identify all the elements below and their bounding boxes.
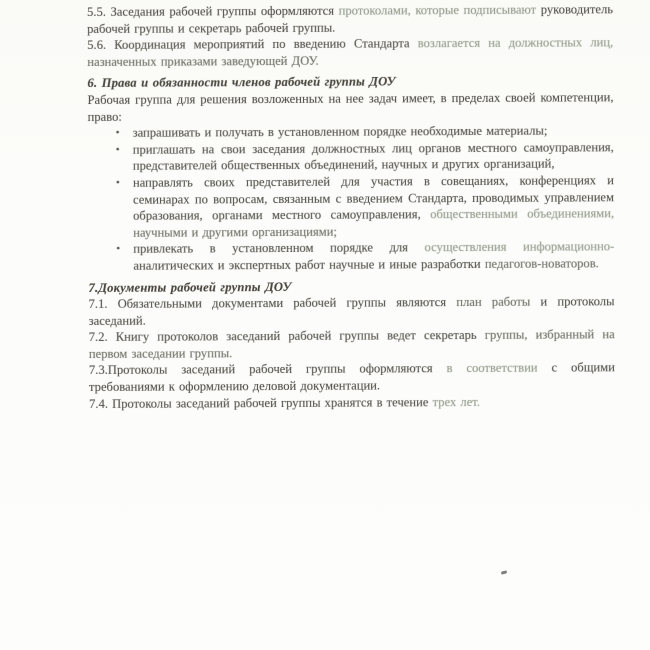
document-text-area: 5.5. Заседания рабочей группы оформляютс… bbox=[87, 1, 615, 412]
bullet-icon: • bbox=[116, 142, 133, 159]
right-item-2: приглашать на свои заседания должностных… bbox=[133, 139, 614, 175]
list-item: • приглашать на свои заседания должностн… bbox=[88, 139, 614, 175]
scanned-page: 5.5. Заседания рабочей группы оформляютс… bbox=[0, 0, 650, 650]
clause-7-4: 7.4. Протоколы заседаний рабочей группы … bbox=[89, 393, 615, 412]
clause-7-3: 7.3.Протоколы заседаний рабочей группы о… bbox=[89, 360, 615, 396]
rights-list: • запрашивать и получать в установленном… bbox=[88, 122, 615, 274]
bullet-icon: • bbox=[116, 175, 133, 192]
list-item: • направлять своих представителей для уч… bbox=[88, 172, 614, 241]
clause-7-1: 7.1. Обязательными документами рабочей г… bbox=[89, 293, 615, 329]
clause-7-2: 7.2. Книгу протоколов заседаний рабочей … bbox=[89, 327, 615, 363]
section-6-heading-text: 6. Права и обязанности членов рабочей гр… bbox=[87, 75, 395, 91]
section-6-intro-text: Рабочая группа для решения возложенных н… bbox=[87, 90, 613, 123]
bullet-icon: • bbox=[116, 241, 133, 258]
section-7-heading-text: 7.Документы рабочей группы ДОУ bbox=[88, 279, 291, 294]
right-item-4: привлекать в установленном порядке для о… bbox=[133, 239, 614, 275]
right-item-3: направлять своих представителей для учас… bbox=[133, 172, 614, 241]
section-6-intro: Рабочая группа для решения возложенных н… bbox=[87, 89, 613, 125]
list-item: • привлекать в установленном порядке для… bbox=[88, 239, 614, 275]
clause-5-6-text: 5.6. Координация мероприятий по введению… bbox=[87, 36, 418, 52]
clause-5-5-text: 5.5. Заседания рабочей группы оформляютс… bbox=[87, 4, 339, 19]
clause-5-6: 5.6. Координация мероприятий по введению… bbox=[87, 34, 613, 70]
ink-speck bbox=[501, 570, 507, 574]
bullet-icon: • bbox=[116, 125, 133, 142]
clause-5-5: 5.5. Заседания рабочей группы оформляютс… bbox=[87, 1, 613, 37]
